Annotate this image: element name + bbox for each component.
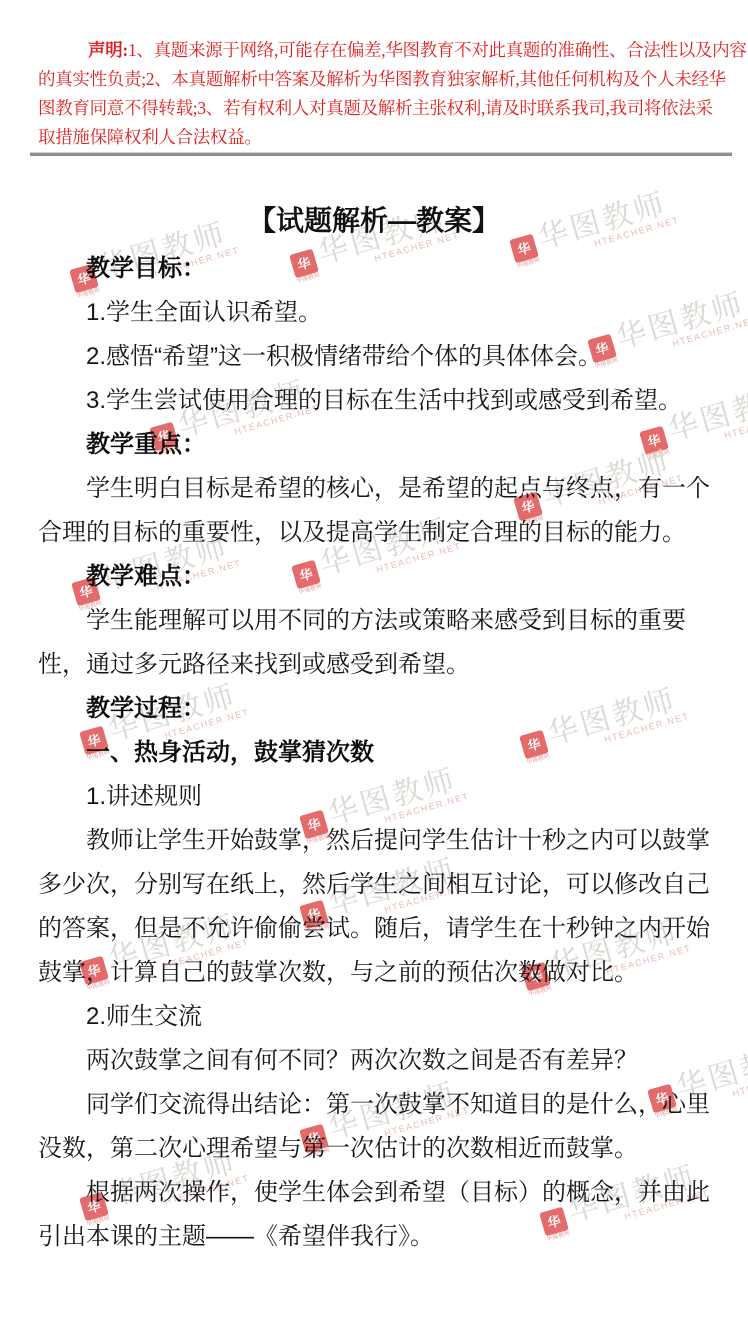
text-line: 鼓掌，计算自己的鼓掌次数，与之前的预估次数做对比。 xyxy=(38,951,710,995)
heading-line: 教学过程： xyxy=(38,687,710,731)
page-title: 【试题解析—教案】 xyxy=(0,204,748,238)
text-line: 2.师生交流 xyxy=(38,995,710,1039)
watermark-url: HTEACHER.NET xyxy=(731,1065,748,1099)
text-line: 的答案，但是不允许偷偷尝试。随后，请学生在十秒钟之内开始 xyxy=(38,907,710,951)
text-line: 1.学生全面认识希望。 xyxy=(38,291,710,335)
watermark-url: HTEACHER.NET xyxy=(723,407,748,441)
text-line: 学生明白目标是希望的核心，是希望的起点与终点，有一个 xyxy=(38,467,710,511)
document-body: 教学目标： 1.学生全面认识希望。 2.感悟“希望”这一积极情绪带给个体的具体体… xyxy=(38,247,710,1259)
text-line: 多少次，分别写在纸上，然后学生之间相互讨论，可以修改自己 xyxy=(38,863,710,907)
disclaimer: 声明:1、真题来源于网络,可能存在偏差,华图教育不对此真题的准确性、合法性以及内… xyxy=(38,36,712,152)
disclaimer-line: 取措施保障权利人合法权益。 xyxy=(38,123,712,152)
text-line: 没数，第二次心理希望与第一次估计的次数相近而鼓掌。 xyxy=(38,1127,710,1171)
disclaimer-line: 的真实性负责;2、本真题解析中答案及解析为华图教育独家解析,其他任何机构及个人未… xyxy=(38,65,712,94)
text-line: 性，通过多元路径来找到或感受到希望。 xyxy=(38,643,710,687)
text-line: 两次鼓掌之间有何不同？两次次数之间是否有差异？ xyxy=(38,1039,710,1083)
text-line: 3.学生尝试使用合理的目标在生活中找到或感受到希望。 xyxy=(38,379,710,423)
text-line: 引出本课的主题——《希望伴我行》。 xyxy=(38,1215,710,1259)
document-page: 华华图教师华图教师HTEACHER.NET 华华图教师华图教师HTEACHER.… xyxy=(0,0,748,1335)
disclaimer-prefix: 声明: xyxy=(88,40,128,60)
heading-line: 一、热身活动，鼓掌猜次数 xyxy=(38,731,710,775)
heading-line: 教学难点： xyxy=(38,555,710,599)
text-line: 2.感悟“希望”这一积极情绪带给个体的具体体会。 xyxy=(38,335,710,379)
text-line: 根据两次操作，使学生体会到希望（目标）的概念，并由此 xyxy=(38,1171,710,1215)
heading-line: 教学重点： xyxy=(38,423,710,467)
text-line: 1.讲述规则 xyxy=(38,775,710,819)
divider-rule xyxy=(30,152,732,156)
text-line: 教师让学生开始鼓掌，然后提问学生估计十秒之内可以鼓掌 xyxy=(38,819,710,863)
disclaimer-line: 声明:1、真题来源于网络,可能存在偏差,华图教育不对此真题的准确性、合法性以及内… xyxy=(38,36,712,65)
text-line: 学生能理解可以用不同的方法或策略来感受到目标的重要 xyxy=(38,599,710,643)
disclaimer-line: 图教育同意不得转载;3、若有权利人对真题及解析主张权利,请及时联系我司,我司将依… xyxy=(38,94,712,123)
text-line: 同学们交流得出结论：第一次鼓掌不知道目的是什么，心里 xyxy=(38,1083,710,1127)
heading-line: 教学目标： xyxy=(38,247,710,291)
text-line: 合理的目标的重要性，以及提高学生制定合理的目标的能力。 xyxy=(38,511,710,555)
